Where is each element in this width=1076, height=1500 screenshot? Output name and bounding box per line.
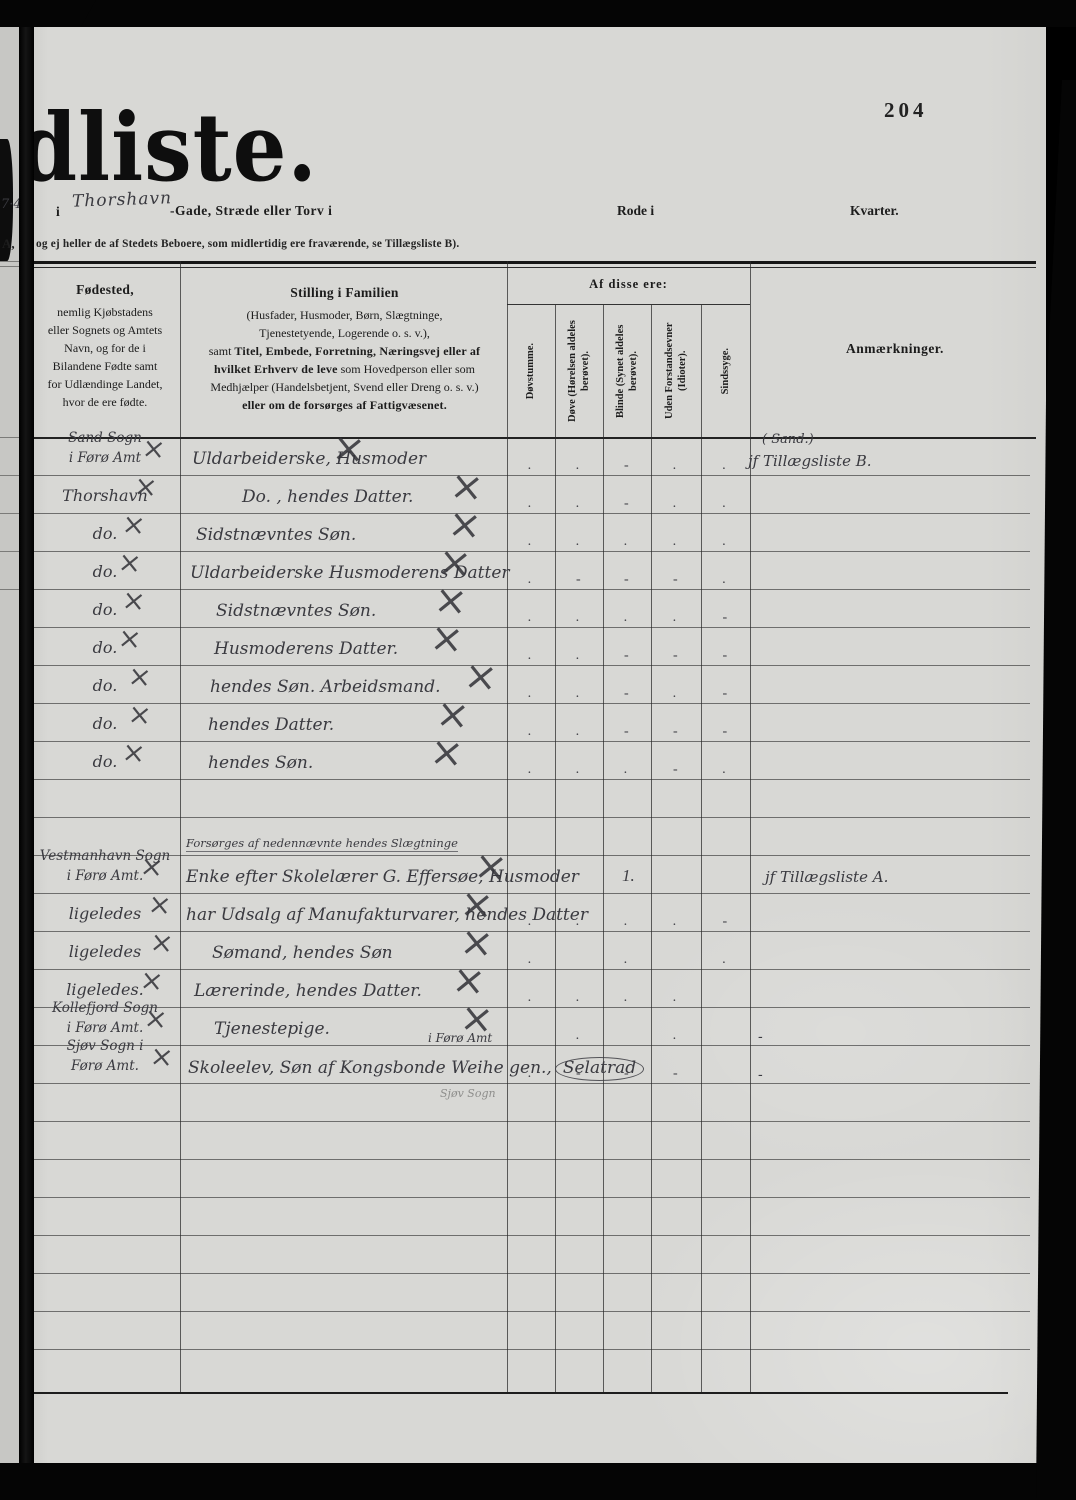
- row-position: Do. , hendes Datter.: [242, 487, 413, 507]
- check-mark: ×: [117, 624, 143, 654]
- census-form-page: 204 dliste. i Thorshavn -Gade, Stræde el…: [20, 27, 1046, 1463]
- tally-mark: .: [673, 914, 677, 930]
- tally-mark: -: [723, 914, 728, 930]
- rule-line: [30, 1392, 1008, 1394]
- tally-mark: -: [673, 762, 678, 778]
- row-remark: jf Tillægsliste B.: [748, 452, 872, 470]
- row-position: Tjenestepige.: [214, 1019, 330, 1039]
- tally-mark: .: [528, 648, 532, 664]
- tally-mark: 1.: [622, 866, 635, 886]
- check-mark: ×: [133, 472, 159, 502]
- check-mark: ×: [117, 548, 143, 578]
- column-header-birthplace: Fødested, nemlig Kjøbstadenseller Sognet…: [32, 282, 178, 411]
- circled-word: Selatrad: [555, 1057, 644, 1081]
- tally-mark: .: [673, 496, 677, 512]
- tally-mark: .: [624, 952, 628, 968]
- book-gutter-fold: [19, 27, 34, 1463]
- column-line: [507, 261, 508, 1392]
- rule-line-stub: [0, 261, 19, 262]
- tally-mark: -: [624, 1066, 629, 1082]
- narrow-column-label: Døvstumme.: [524, 343, 537, 399]
- birthplace-header-line: Bilandene Fødte samt: [32, 357, 178, 375]
- birthplace-header-line: hvor de ere fødte.: [32, 393, 178, 411]
- tally-mark: .: [624, 762, 628, 778]
- column-line: [651, 305, 652, 1392]
- position-header-line: samt Titel, Embede, Forretning, Næringsv…: [182, 342, 507, 360]
- tally-mark: -: [673, 572, 678, 588]
- tally-mark: .: [723, 952, 727, 968]
- tally-mark: .: [624, 534, 628, 550]
- row-position: Lærerinde, hendes Datter.: [194, 981, 422, 1001]
- tally-mark: -: [624, 496, 629, 512]
- facing-page-edge: 7·4 A,: [0, 27, 20, 1463]
- tally-mark: -: [624, 648, 629, 664]
- rule-line-stub: [0, 589, 19, 590]
- tally-mark: .: [576, 1028, 580, 1044]
- tally-mark: .: [576, 990, 580, 1006]
- row-position-note: Forsørges af nedennævnte hendes Slægtnin…: [186, 836, 458, 852]
- rule-line-stub: [0, 266, 19, 267]
- narrow-column-header: Blinde (Synet aldeles berøvet).: [604, 307, 650, 435]
- row-position: hendes Søn.: [208, 753, 313, 773]
- row-birthplace: do.: [32, 752, 178, 771]
- tally-mark: .: [673, 686, 677, 702]
- narrow-column-header: Sindssyge.: [702, 307, 749, 435]
- narrow-column-label: Sindssyge.: [719, 348, 732, 394]
- tally-mark: .: [624, 610, 628, 626]
- check-mark: ×: [121, 510, 147, 540]
- column-line: [555, 305, 556, 1392]
- column-line: [701, 305, 702, 1392]
- position-header-line: Medhjælper (Handelsbetjent, Svend eller …: [182, 378, 507, 396]
- birthplace-header-line: for Udlændinge Landet,: [32, 375, 178, 393]
- narrow-column-label: Døve (Hørelsen aldeles berøvet).: [566, 309, 592, 433]
- row-remark: -: [758, 1067, 763, 1083]
- rode-label: Rode i: [617, 203, 654, 219]
- check-mark: ×: [149, 1042, 175, 1072]
- check-mark: ×: [139, 966, 165, 996]
- tally-mark: .: [576, 686, 580, 702]
- check-mark: ×: [127, 662, 153, 692]
- facing-page-text-fragment: A,: [2, 236, 15, 252]
- row-position: Uldarbeiderske, Husmoder: [192, 449, 426, 469]
- rule-line-stub: [0, 551, 19, 552]
- row-position: Sidstnævntes Søn.: [196, 525, 356, 545]
- row-remark: ( Sand.): [762, 432, 814, 447]
- tally-mark: .: [576, 762, 580, 778]
- birthplace-header-line: nemlig Kjøbstadens: [32, 303, 178, 321]
- tally-mark: -: [624, 686, 629, 702]
- tally-mark: .: [723, 496, 727, 512]
- tally-mark: .: [723, 572, 727, 588]
- row-position: hendes Datter.: [208, 715, 334, 735]
- tally-mark: .: [624, 914, 628, 930]
- place-name-handwritten: Thorshavn: [72, 188, 173, 211]
- check-mark: ×: [121, 586, 147, 616]
- row-remark: jf Tillægsliste A.: [765, 868, 888, 886]
- tally-mark: .: [723, 534, 727, 550]
- birthplace-header-line: Navn, og for de i: [32, 339, 178, 357]
- narrow-column-label: Blinde (Synet aldeles berøvet).: [614, 309, 640, 433]
- column-header-remarks: Anmærkninger.: [750, 341, 1040, 357]
- check-mark: ×: [141, 434, 167, 464]
- tally-mark: .: [673, 458, 677, 474]
- row-birthplace: do.: [32, 562, 178, 581]
- scanned-census-page: 7·4 A, 204 dliste. i Thorshavn -Gade, St…: [0, 0, 1076, 1500]
- tally-mark: .: [673, 1028, 677, 1044]
- tally-mark: .: [528, 534, 532, 550]
- check-mark: ×: [127, 700, 153, 730]
- tally-mark: .: [673, 534, 677, 550]
- tally-mark: -: [673, 648, 678, 664]
- rule-line: [507, 304, 750, 305]
- row-position: Sømand, hendes Søn: [212, 943, 393, 963]
- instruction-note: og ej heller de af Stedets Beboere, som …: [36, 238, 459, 250]
- tally-mark: .: [576, 496, 580, 512]
- column-line: [603, 305, 604, 1392]
- tally-mark: .: [528, 1066, 532, 1082]
- column-line: [180, 261, 181, 1392]
- row-birthplace: do.: [32, 600, 178, 619]
- row-birthplace: do.: [32, 638, 178, 657]
- row-birthplace: do.: [32, 524, 178, 543]
- tally-mark: -: [576, 1066, 581, 1082]
- tally-mark: -: [673, 724, 678, 740]
- row-superscript: i Førø Amt: [428, 1031, 492, 1045]
- row-position: Enke efter Skolelærer G. Effersøe, Husmo…: [186, 867, 579, 887]
- tally-mark: -: [624, 724, 629, 740]
- tally-mark: .: [673, 990, 677, 1006]
- row-birthplace: do.: [32, 676, 178, 695]
- tally-mark: .: [723, 762, 727, 778]
- column-line: [750, 261, 751, 1392]
- check-mark: ×: [149, 928, 175, 958]
- tally-mark: .: [528, 724, 532, 740]
- group-header-af-disse-ere: Af disse ere:: [507, 277, 750, 292]
- column-header-position: Stilling i Familien (Husfader, Husmoder,…: [182, 285, 507, 414]
- column-title: Fødested,: [32, 282, 178, 298]
- check-mark: ×: [428, 731, 466, 774]
- scan-background-bottom: [0, 1462, 1076, 1500]
- tally-mark: .: [528, 610, 532, 626]
- kvarter-label: Kvarter.: [850, 203, 899, 219]
- tally-mark: .: [528, 686, 532, 702]
- check-mark: ×: [428, 617, 466, 660]
- tally-mark: .: [528, 496, 532, 512]
- header-prefix: i: [56, 204, 60, 220]
- tally-mark: .: [673, 610, 677, 626]
- tally-mark: .: [528, 572, 532, 588]
- tally-mark: .: [528, 914, 532, 930]
- position-header-line: (Husfader, Husmoder, Børn, Slægtninge,: [182, 306, 507, 324]
- tally-mark: .: [576, 648, 580, 664]
- position-header-line: hvilket Erhverv de leve som Hovedperson …: [182, 360, 507, 378]
- narrow-column-header: Døvstumme.: [508, 307, 554, 435]
- narrow-column-header: Døve (Hørelsen aldeles berøvet).: [556, 307, 602, 435]
- position-header-line: eller om de forsørges af Fattigvæsenet.: [182, 396, 507, 414]
- check-mark: ×: [143, 1004, 169, 1034]
- page-number: 204: [884, 98, 928, 123]
- tally-mark: -: [673, 1066, 678, 1082]
- row-remark: -: [758, 1029, 763, 1045]
- row-subscript: Sjøv Sogn: [440, 1087, 496, 1100]
- tally-mark: .: [576, 458, 580, 474]
- tally-mark: -: [624, 458, 629, 474]
- street-label: -Gade, Stræde eller Torv i: [170, 203, 332, 219]
- check-mark: ×: [462, 655, 500, 698]
- tally-mark: .: [576, 610, 580, 626]
- tally-mark: -: [576, 572, 581, 588]
- tally-mark: .: [576, 724, 580, 740]
- check-mark: ×: [139, 852, 165, 882]
- tally-mark: .: [528, 990, 532, 1006]
- rule-line-stub: [0, 437, 19, 438]
- row-position: Sidstnævntes Søn.: [216, 601, 376, 621]
- check-mark: ×: [330, 427, 368, 470]
- tally-mark: .: [624, 990, 628, 1006]
- tally-mark: .: [723, 458, 727, 474]
- narrow-column-label: Uden Forstandsevner (Idioter).: [663, 309, 689, 433]
- row-position: Husmoderens Datter.: [214, 639, 398, 659]
- tally-mark: -: [624, 572, 629, 588]
- check-mark: ×: [147, 890, 173, 920]
- tally-mark: -: [723, 724, 728, 740]
- tally-mark: .: [576, 534, 580, 550]
- tally-mark: -: [723, 648, 728, 664]
- position-header-line: Tjenestetyende, Logerende o. s. v.),: [182, 324, 507, 342]
- tally-mark: .: [528, 762, 532, 778]
- narrow-column-header: Uden Forstandsevner (Idioter).: [652, 307, 700, 435]
- form-title-fragment: dliste.: [18, 93, 318, 203]
- tally-mark: .: [528, 458, 532, 474]
- rule-line-stub: [0, 513, 19, 514]
- tally-mark: .: [576, 914, 580, 930]
- tally-mark: -: [723, 686, 728, 702]
- tally-mark: -: [723, 610, 728, 626]
- rule-line-stub: [0, 475, 19, 476]
- birthplace-header-line: eller Sognets og Amtets: [32, 321, 178, 339]
- scan-background-top: [0, 0, 1076, 27]
- tally-mark: .: [528, 952, 532, 968]
- row-birthplace: do.: [32, 714, 178, 733]
- row-position: hendes Søn. Arbeidsmand.: [210, 677, 441, 697]
- check-mark: ×: [121, 738, 147, 768]
- column-title: Stilling i Familien: [182, 285, 507, 301]
